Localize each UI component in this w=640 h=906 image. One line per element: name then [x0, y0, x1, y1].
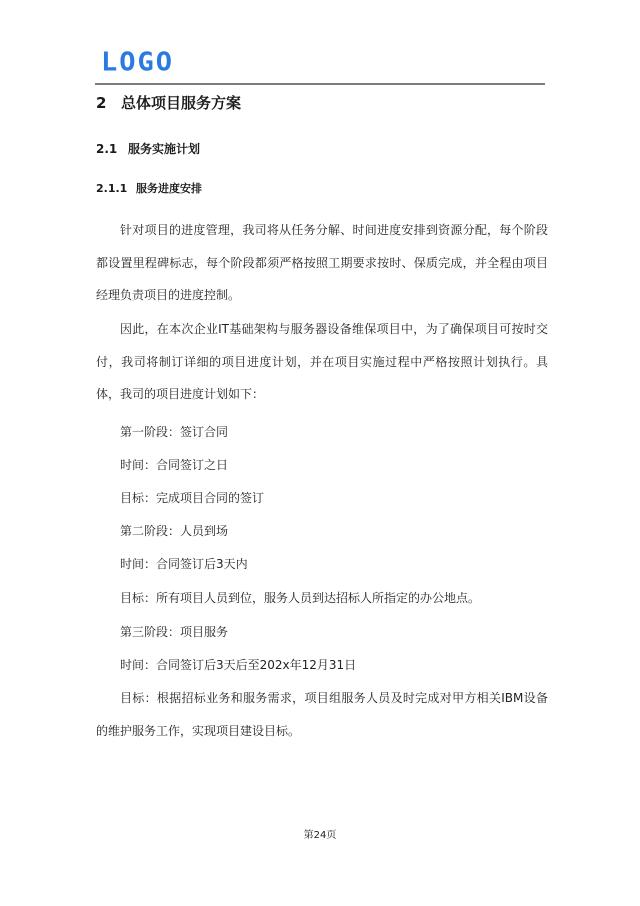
section-title: 总体项目服务方案 — [121, 94, 241, 112]
subsubsection-number: 2.1.1 — [96, 180, 136, 198]
subsubsection-title: 服务进度安排 — [136, 182, 202, 195]
header-divider — [95, 83, 545, 85]
subsection-heading: 2.1服务实施计划 — [96, 140, 200, 158]
phase-2-goal: 目标：所有项目人员到位，服务人员到达招标人所指定的办公地点。 — [120, 589, 480, 607]
phase-3-goal: 目标：根据招标业务和服务需求，项目组服务人员及时完成对甲方相关IBM设备的维护服… — [96, 682, 548, 747]
phase-2-stage: 第二阶段：人员到场 — [120, 522, 228, 540]
subsection-number: 2.1 — [96, 140, 128, 158]
subsection-title: 服务实施计划 — [128, 142, 200, 156]
phase-1-time: 时间：合同签订之日 — [120, 456, 228, 474]
phase-1-stage: 第一阶段：签订合同 — [120, 423, 228, 441]
logo: LOGO — [101, 51, 174, 76]
section-heading: 2总体项目服务方案 — [96, 92, 241, 114]
phase-3-stage: 第三阶段：项目服务 — [120, 623, 228, 641]
page-number: 第24页 — [0, 826, 640, 841]
section-number: 2 — [96, 92, 121, 114]
paragraph-plan: 因此，在本次企业IT基础架构与服务器设备维保项目中，为了确保项目可按时交付，我司… — [96, 313, 548, 411]
phase-2-time: 时间：合同签订后3天内 — [120, 555, 248, 573]
paragraph-intro: 针对项目的进度管理，我司将从任务分解、时间进度安排到资源分配，每个阶段都设置里程… — [96, 214, 548, 312]
subsubsection-heading: 2.1.1服务进度安排 — [96, 180, 202, 198]
phase-3-time: 时间：合同签订后3天后至202x年12月31日 — [120, 656, 356, 674]
phase-1-goal: 目标：完成项目合同的签订 — [120, 489, 264, 507]
